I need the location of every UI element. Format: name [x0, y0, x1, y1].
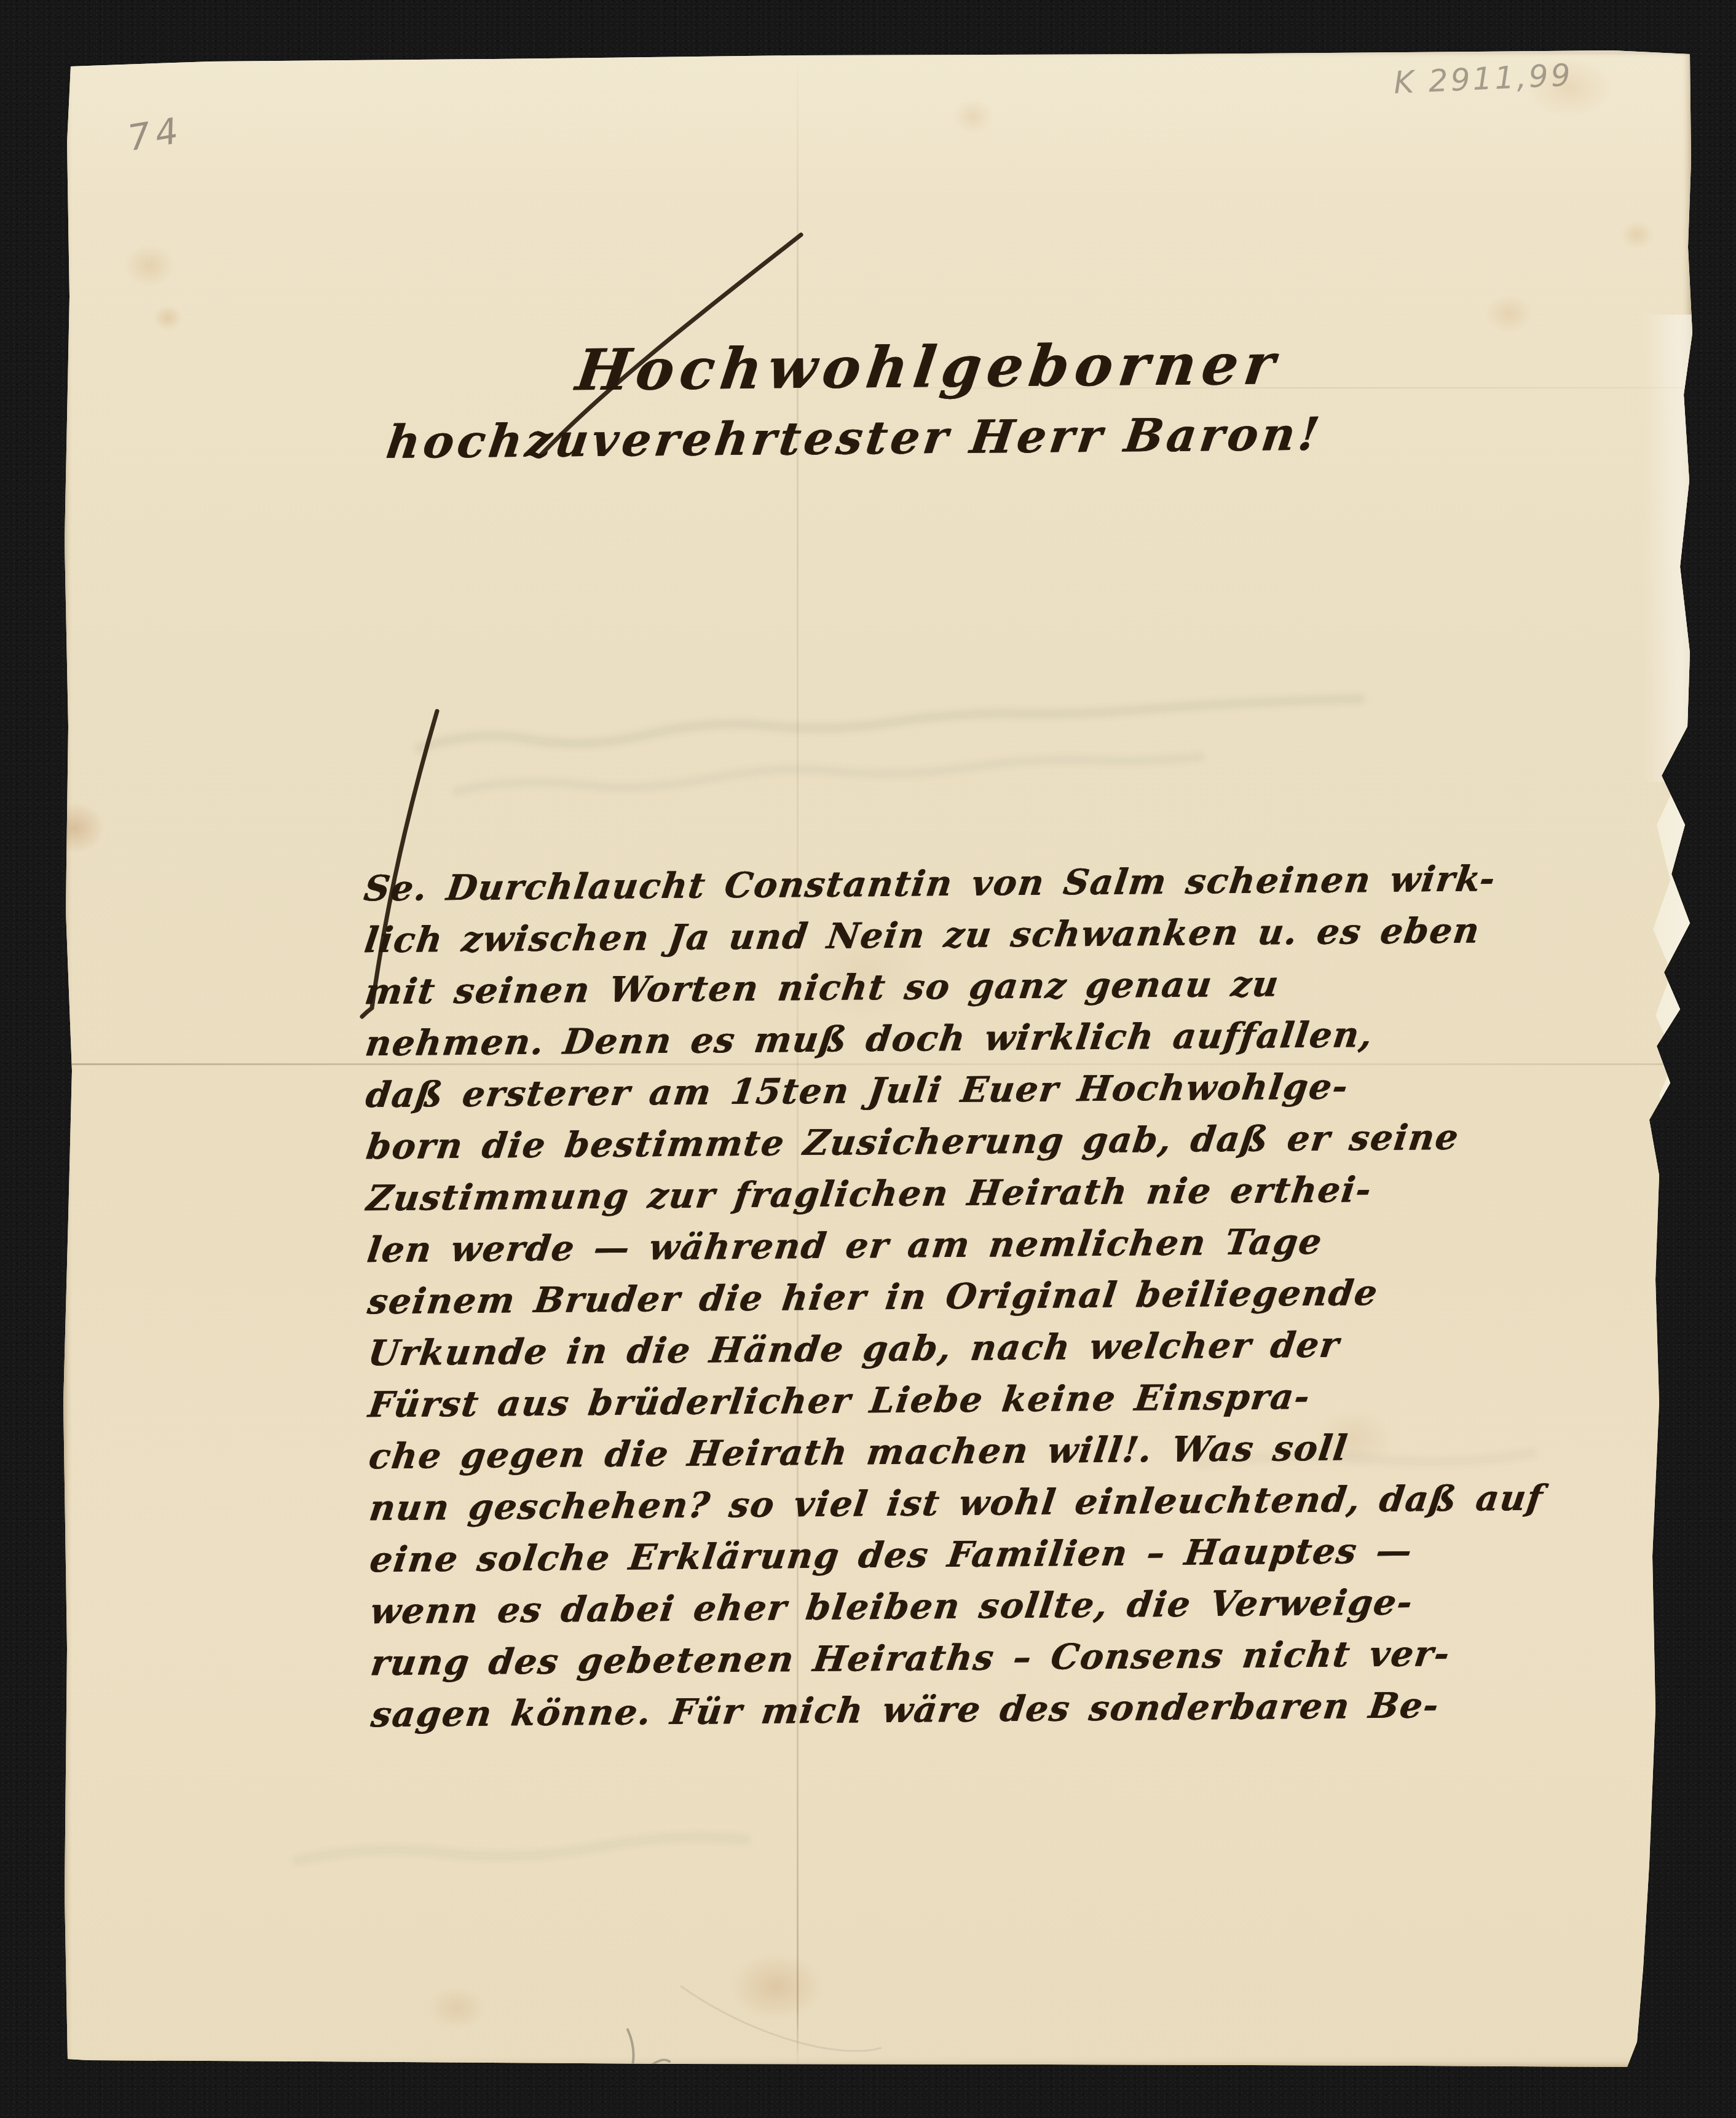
letter-body: Se. Durchlaucht Constantin von Salm sche… — [364, 852, 1601, 1741]
body-line: sagen könne. Für mich wäre des sonderbar… — [368, 1679, 1604, 1741]
salutation-line-1: Hochwohlgeborner — [572, 331, 1285, 403]
handwriting-layer: 74 K 2911,99 Hochwohlgeborner hochzuvere… — [55, 43, 1702, 2076]
fabric-background: { "document": { "kind": "handwritten let… — [0, 0, 1736, 2118]
letter-paper: 74 K 2911,99 Hochwohlgeborner hochzuvere… — [63, 50, 1692, 2069]
pencil-catalog-number: K 2911,99 — [1393, 57, 1574, 101]
pencil-page-number: 74 — [125, 109, 186, 159]
salutation-line-2: hochzuverehrtester Herr Baron! — [384, 408, 1326, 469]
